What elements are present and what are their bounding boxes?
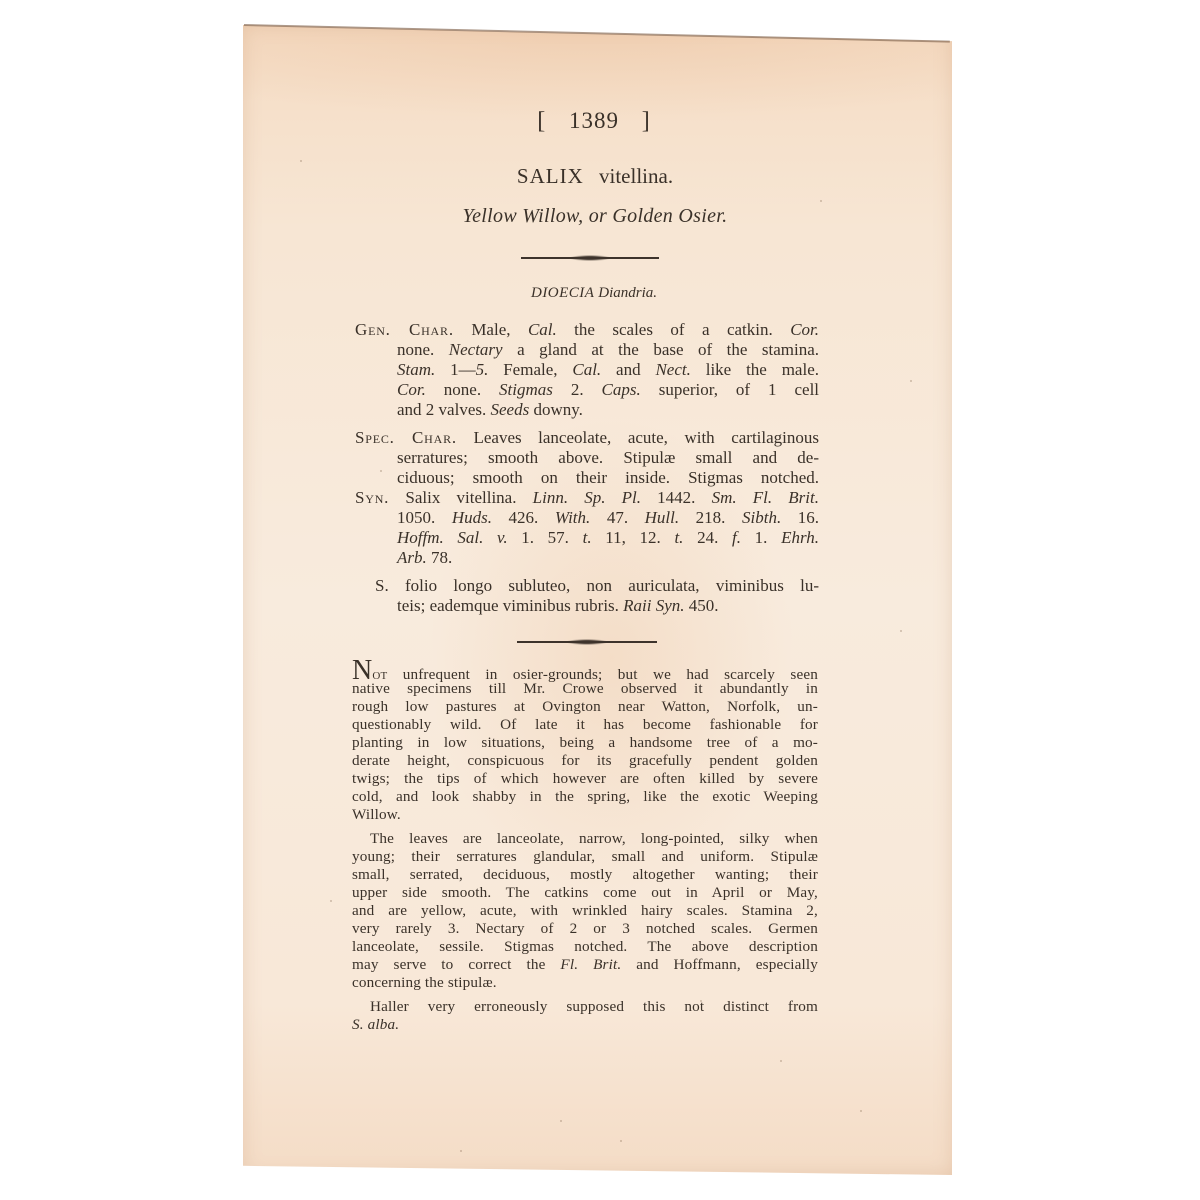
- text-run: twigs; the tips of which however are oft…: [352, 770, 818, 787]
- text-run: ciduous; smooth on their inside. Stigmas…: [397, 468, 819, 487]
- text-run: planting in low situations, being a hand…: [352, 734, 818, 751]
- text-run: and 2 valves.: [397, 400, 490, 419]
- order-name: Diandria.: [598, 285, 657, 301]
- text-line: Gen. Char. Male, Cal. the scales of a ca…: [355, 320, 819, 340]
- ornamental-rule-bottom: [517, 641, 657, 643]
- foxing-speck: [460, 1150, 462, 1152]
- ornamental-rule-top: [521, 257, 659, 259]
- common-name: Yellow Willow, or Golden Osier.: [0, 205, 1190, 228]
- species-name: vitellina.: [599, 164, 673, 188]
- text-run: Cor.: [790, 320, 819, 339]
- foxing-speck: [330, 900, 332, 902]
- text-run: Caps.: [602, 380, 641, 399]
- foxing-speck: [780, 1060, 782, 1062]
- text-line: 1050. Huds. 426. With. 47. Hull. 218. Si…: [397, 508, 819, 528]
- text-line: concerning the stipulæ.: [352, 974, 497, 992]
- text-run: 1050.: [397, 508, 452, 527]
- text-line: young; their serratures glandular, small…: [352, 848, 818, 866]
- text-run: Cal.: [572, 360, 601, 379]
- foxing-speck: [620, 1140, 622, 1142]
- text-run: superior, of 1 cell: [641, 380, 819, 399]
- text-run: t.: [583, 528, 592, 547]
- text-line: ciduous; smooth on their inside. Stigmas…: [397, 468, 819, 488]
- text-line: S. alba.: [352, 1016, 399, 1034]
- foxing-speck: [380, 470, 382, 472]
- text-run: Hull.: [645, 508, 679, 527]
- text-run: a gland at the base of the stamina.: [503, 340, 819, 359]
- text-line: native specimens till Mr. Crowe observed…: [352, 680, 818, 698]
- text-run: Linn. Sp. Pl.: [533, 488, 641, 507]
- text-run: lanceolate, sessile. Stigmas notched. Th…: [352, 938, 818, 955]
- text-run: 450.: [685, 596, 719, 615]
- genus-name: SALIX: [517, 164, 584, 188]
- text-run: 1. 57.: [508, 528, 583, 547]
- text-run: Cor.: [397, 380, 426, 399]
- text-run: The leaves are lanceolate, narrow, long-…: [370, 830, 818, 847]
- linnaean-classification: DIOECIA Diandria.: [0, 285, 1188, 302]
- text-run: Female,: [488, 360, 572, 379]
- text-run: Male,: [454, 320, 528, 339]
- text-run: 426.: [492, 508, 555, 527]
- text-run: 218.: [679, 508, 742, 527]
- text-run: Nectary: [449, 340, 503, 359]
- text-run: like the male.: [691, 360, 819, 379]
- text-line: rough low pastures at Ovington near Watt…: [352, 698, 818, 716]
- text-run: serratures; smooth above. Stipulæ small …: [397, 448, 819, 467]
- text-run: 16.: [781, 508, 819, 527]
- foxing-speck: [910, 380, 912, 382]
- text-line: Spec. Char. Leaves lanceolate, acute, wi…: [355, 428, 819, 448]
- foxing-speck: [560, 1120, 562, 1122]
- text-line: The leaves are lanceolate, narrow, long-…: [370, 830, 818, 848]
- text-run: none.: [426, 380, 499, 399]
- text-run: Willow.: [352, 806, 401, 823]
- text-run: 5.: [476, 360, 489, 379]
- bracket-close: ]: [642, 108, 651, 135]
- text-run: native specimens till Mr. Crowe observed…: [352, 680, 818, 697]
- text-run: f.: [732, 528, 741, 547]
- text-run: Salix vitellina.: [389, 488, 532, 507]
- text-run: Cal.: [528, 320, 557, 339]
- text-run: Leaves lanceolate, acute, with cartilagi…: [457, 428, 819, 447]
- section-label: Spec. Char.: [355, 428, 457, 447]
- species-title: SALIX vitellina.: [0, 164, 1190, 189]
- text-run: S. folio longo subluteo, non auriculata,…: [375, 576, 819, 595]
- text-line: lanceolate, sessile. Stigmas notched. Th…: [352, 938, 818, 956]
- page-number: [ 1389 ]: [0, 108, 1188, 135]
- text-run: Arb.: [397, 548, 427, 567]
- text-run: 47.: [590, 508, 644, 527]
- text-run: 24.: [683, 528, 732, 547]
- text-run: 1—: [435, 360, 475, 379]
- text-run: Nect.: [655, 360, 690, 379]
- text-line: and are yellow, acute, with wrinkled hai…: [352, 902, 818, 920]
- text-run: Seeds: [490, 400, 529, 419]
- foxing-speck: [300, 160, 302, 162]
- text-run: Huds.: [452, 508, 492, 527]
- text-run: 2.: [553, 380, 602, 399]
- text-run: 1442.: [641, 488, 712, 507]
- text-line: S. folio longo subluteo, non auriculata,…: [375, 576, 819, 596]
- foxing-speck: [820, 200, 822, 202]
- bracket-open: [: [537, 108, 546, 135]
- text-line: Haller very erroneously supposed this no…: [370, 998, 818, 1016]
- text-run: and are yellow, acute, with wrinkled hai…: [352, 902, 818, 919]
- text-run: derate height, conspicuous for its grace…: [352, 752, 818, 769]
- text-run: Hoffm. Sal. v.: [397, 528, 508, 547]
- text-line: Hoffm. Sal. v. 1. 57. t. 11, 12. t. 24. …: [397, 528, 819, 548]
- text-run: and: [601, 360, 655, 379]
- text-run: 1.: [741, 528, 781, 547]
- text-run: Ehrh.: [781, 528, 819, 547]
- page-number-value: 1389: [569, 108, 619, 133]
- text-line: small, serrated, deciduous, mostly altog…: [352, 866, 818, 884]
- text-line: Arb. 78.: [397, 548, 452, 568]
- text-run: the scales of a catkin.: [557, 320, 790, 339]
- text-line: planting in low situations, being a hand…: [352, 734, 818, 752]
- text-run: questionably wild. Of late it has become…: [352, 716, 818, 733]
- text-line: Syn. Salix vitellina. Linn. Sp. Pl. 1442…: [355, 488, 819, 508]
- text-run: Haller very erroneously supposed this no…: [370, 998, 818, 1015]
- text-run: S. alba.: [352, 1016, 399, 1033]
- text-run: Sibth.: [742, 508, 781, 527]
- text-run: rough low pastures at Ovington near Watt…: [352, 698, 818, 715]
- section-label: Gen. Char.: [355, 320, 454, 339]
- foxing-speck: [900, 630, 902, 632]
- text-line: derate height, conspicuous for its grace…: [352, 752, 818, 770]
- text-line: questionably wild. Of late it has become…: [352, 716, 818, 734]
- text-line: Stam. 1—5. Female, Cal. and Nect. like t…: [397, 360, 819, 380]
- text-run: Sm. Fl. Brit.: [712, 488, 819, 507]
- text-line: upper side smooth. The catkins come out …: [352, 884, 818, 902]
- section-label: Syn.: [355, 488, 389, 507]
- foxing-speck: [860, 1110, 862, 1112]
- foxing-speck: [700, 1000, 702, 1002]
- text-run: Raii Syn.: [623, 596, 684, 615]
- text-run: 78.: [427, 548, 453, 567]
- text-line: very rarely 3. Nectary of 2 or 3 notched…: [352, 920, 818, 938]
- text-run: 11, 12.: [592, 528, 675, 547]
- text-run: none.: [397, 340, 449, 359]
- text-run: young; their serratures glandular, small…: [352, 848, 818, 865]
- text-run: cold, and look shabby in the spring, lik…: [352, 788, 818, 805]
- text-line: Cor. none. Stigmas 2. Caps. superior, of…: [397, 380, 819, 400]
- text-line: serratures; smooth above. Stipulæ small …: [397, 448, 819, 468]
- text-run: Fl. Brit.: [560, 956, 621, 973]
- text-run: very rarely 3. Nectary of 2 or 3 notched…: [352, 920, 818, 937]
- text-run: and Hoffmann, especially: [621, 956, 818, 973]
- text-run: may serve to correct the: [352, 956, 560, 973]
- text-run: Stam.: [397, 360, 435, 379]
- class-name: DIOECIA: [531, 285, 595, 301]
- text-line: may serve to correct the Fl. Brit. and H…: [352, 956, 818, 974]
- text-line: twigs; the tips of which however are oft…: [352, 770, 818, 788]
- text-run: teis; eademque viminibus rubris.: [397, 596, 623, 615]
- text-line: cold, and look shabby in the spring, lik…: [352, 788, 818, 806]
- text-line: and 2 valves. Seeds downy.: [397, 400, 583, 420]
- text-run: small, serrated, deciduous, mostly altog…: [352, 866, 818, 883]
- text-run: Stigmas: [499, 380, 553, 399]
- text-run: With.: [555, 508, 590, 527]
- text-line: none. Nectary a gland at the base of the…: [397, 340, 819, 360]
- text-line: teis; eademque viminibus rubris. Raii Sy…: [397, 596, 719, 616]
- text-line: Willow.: [352, 806, 401, 824]
- text-run: concerning the stipulæ.: [352, 974, 497, 991]
- text-run: upper side smooth. The catkins come out …: [352, 884, 818, 901]
- text-run: downy.: [529, 400, 583, 419]
